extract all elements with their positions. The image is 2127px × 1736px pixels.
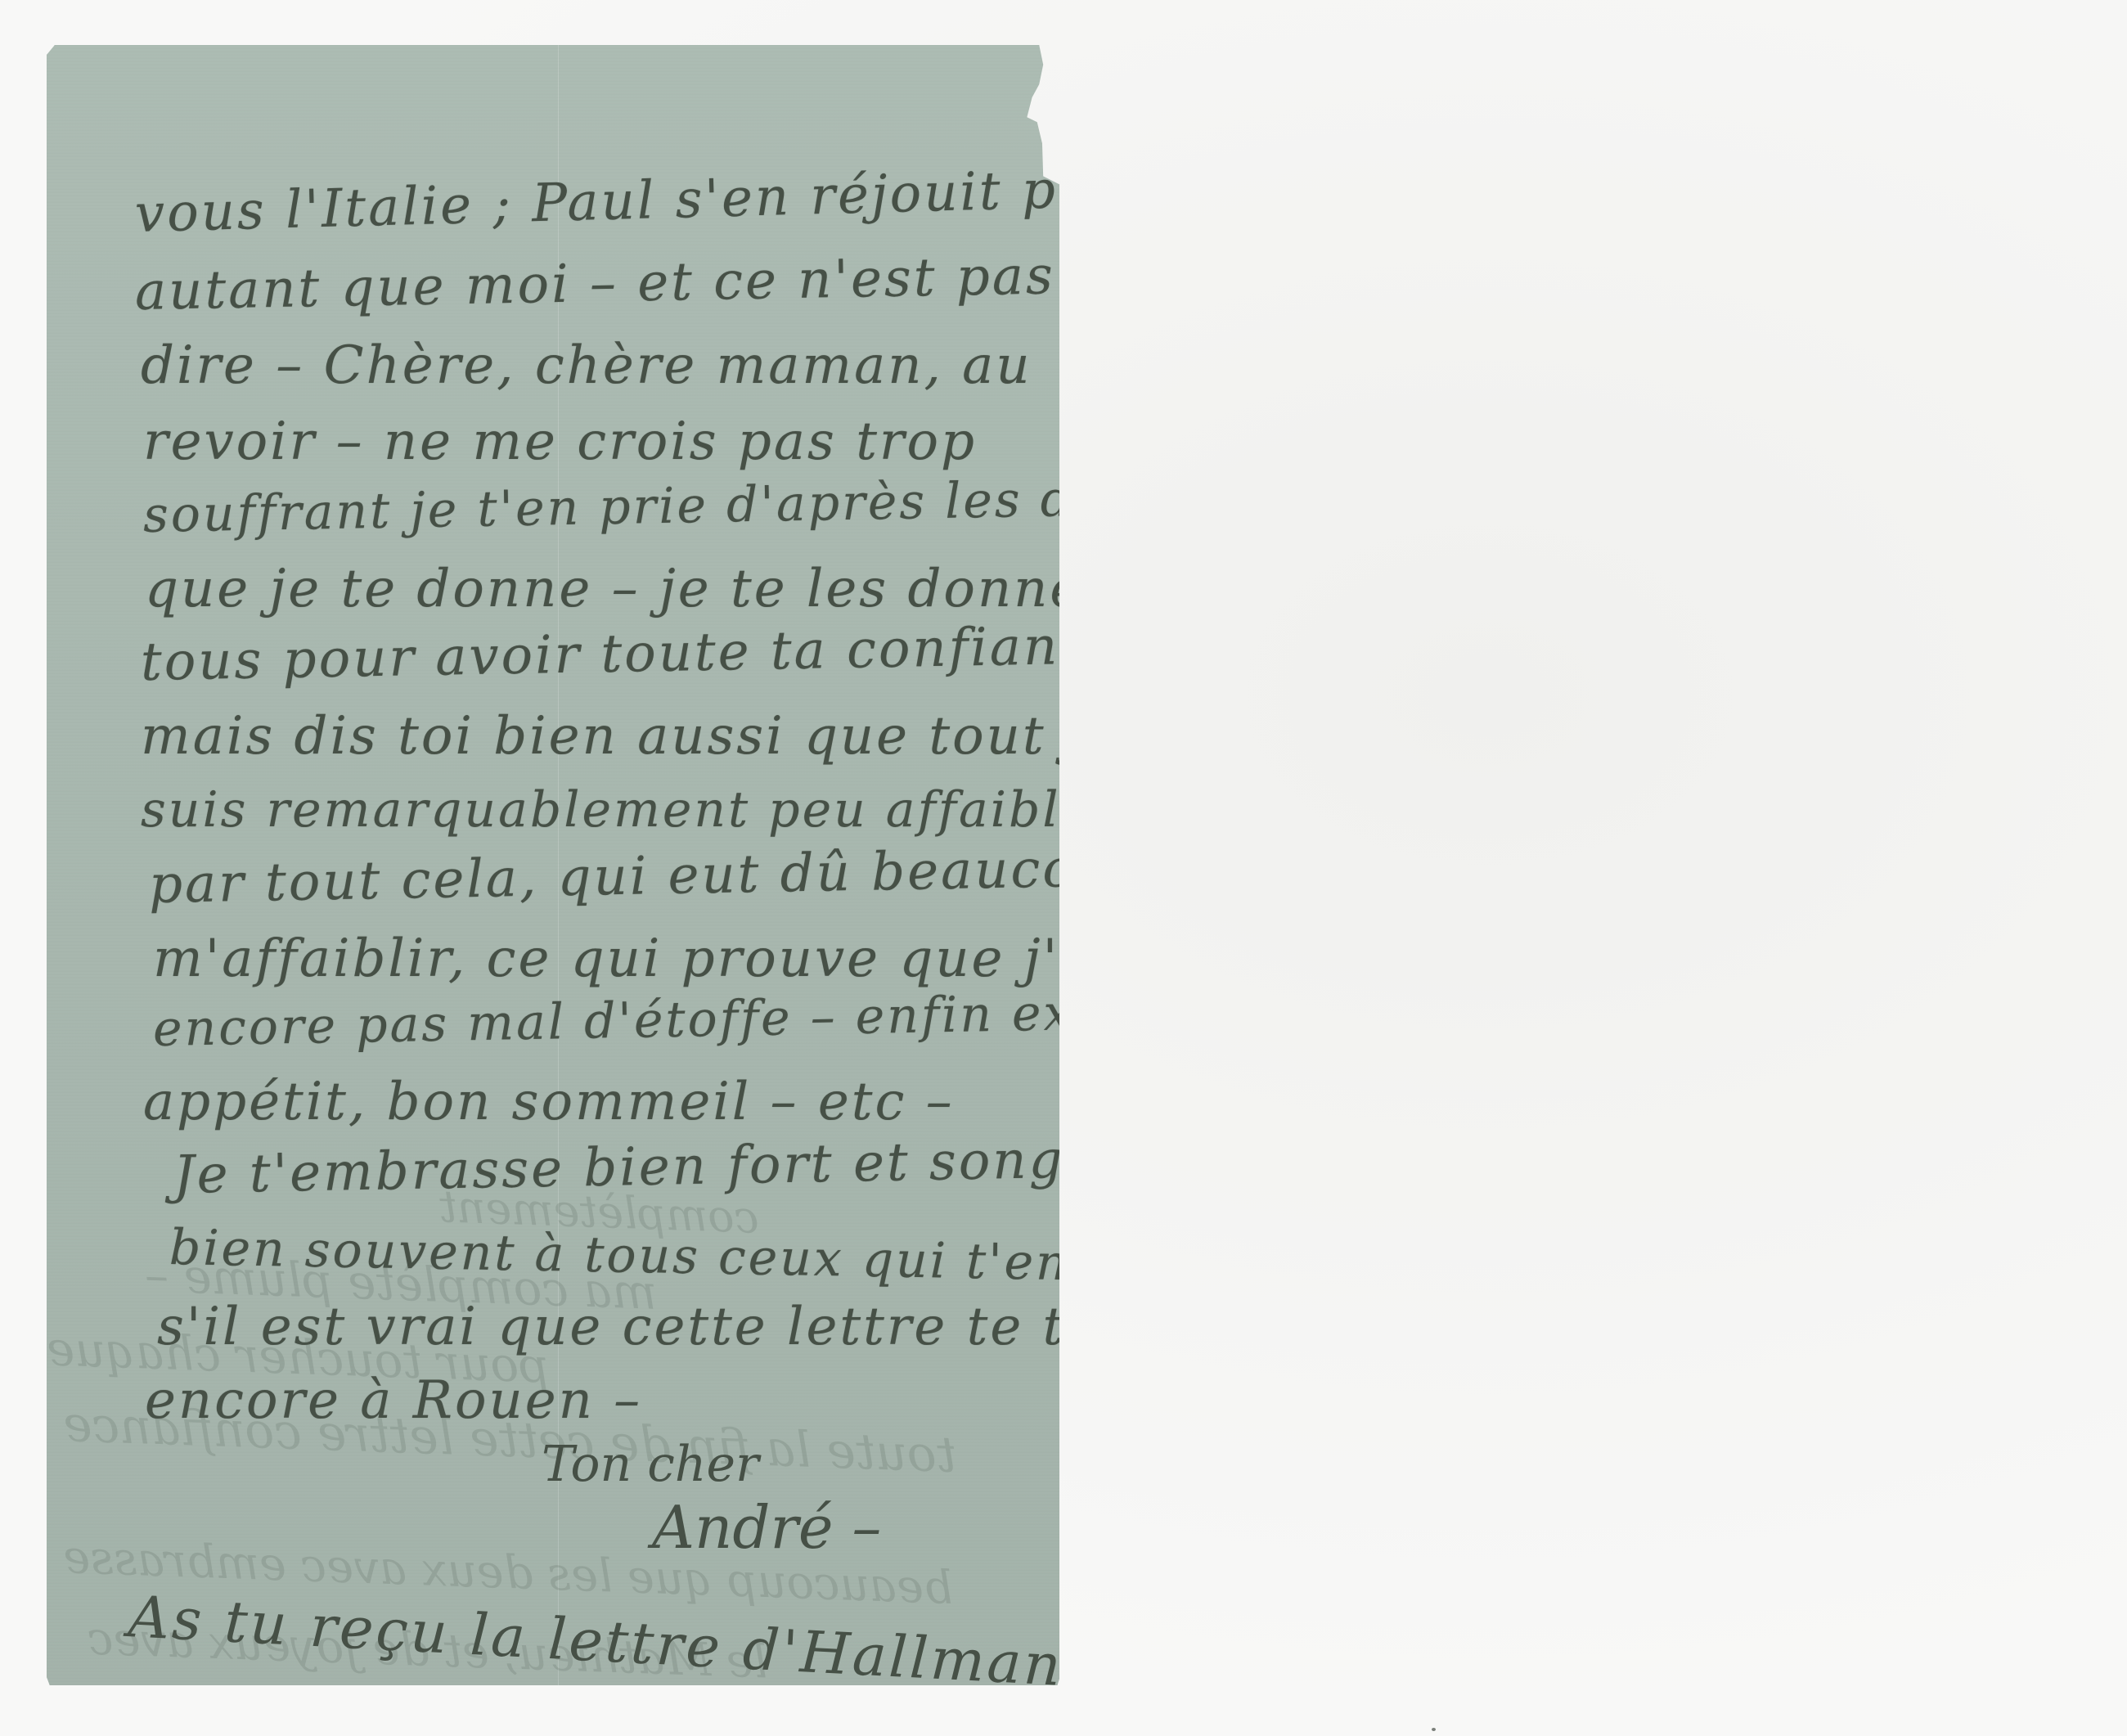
letter-line-11: m'affaiblir, ce qui prouve que j'ai	[153, 929, 1113, 989]
letter-line-7: tous pour avoir toute ta confiance,	[140, 615, 1144, 693]
postscript-line: As tu reçu la lettre d'Hallman	[127, 1583, 1065, 1699]
letter-line-4: revoir – ne me crois pas trop	[143, 412, 977, 472]
letter-line-2: autant que moi – et ce n'est pas peu	[134, 244, 1180, 322]
letter-line-3: dire – Chère, chère maman, au	[141, 335, 1032, 396]
scan-speck	[1432, 1728, 1436, 1731]
letter-body: vous l'Italie ; Paul s'en réjouit presqu…	[47, 45, 1059, 1685]
letter-line-13: appétit, bon sommeil – etc –	[143, 1072, 955, 1132]
letter-line-14: Je t'embrasse bien fort et songe	[173, 1129, 1099, 1206]
signature-andre: André –	[652, 1493, 881, 1562]
letter-line-8-text: mais dis toi bien aussi que tout je	[141, 706, 1117, 767]
letter-paper: complètement ma complète plume – pour to…	[47, 45, 1059, 1685]
letter-line-10: par tout cela, qui eut dû beaucoup	[148, 838, 1149, 915]
letter-line-8: mais dis toi bien aussi que tout je	[141, 706, 1117, 767]
closing-salutation: Ton cher	[542, 1436, 759, 1493]
letter-line-17: encore à Rouen –	[145, 1370, 642, 1431]
letter-line-9: suis remarquablement peu affaibli	[141, 781, 1079, 839]
letter-line-6: que je te donne – je te les donne	[145, 559, 1083, 619]
